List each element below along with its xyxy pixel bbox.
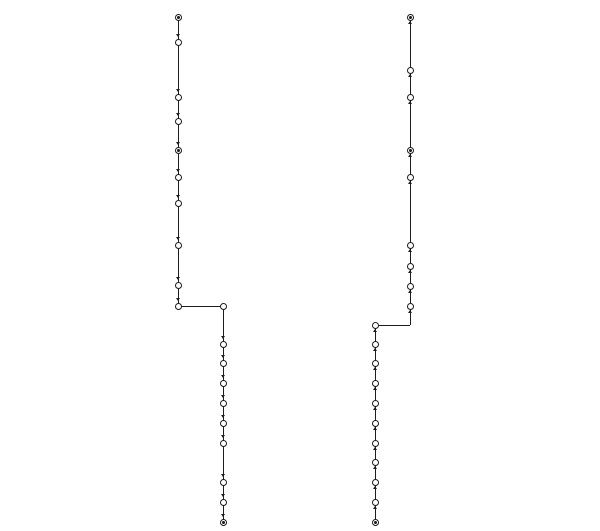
station-stop-marker	[407, 67, 414, 74]
terminal-inner-dot	[177, 16, 180, 19]
direction-arrow-down	[176, 169, 180, 172]
station-stop-marker	[372, 360, 379, 367]
station-label	[221, 437, 361, 449]
station-stop-marker	[372, 341, 379, 348]
outbound-line-segment	[178, 17, 179, 306]
station-stop-marker	[407, 174, 414, 181]
station-stop-marker	[175, 282, 182, 289]
station-label	[422, 260, 592, 272]
station-label	[422, 144, 592, 156]
station-label	[422, 64, 592, 76]
station-label	[221, 319, 361, 331]
direction-arrow-down	[176, 237, 180, 240]
direction-arrow-up	[373, 367, 377, 370]
station-stop-marker	[372, 322, 379, 329]
direction-arrow-up	[408, 74, 412, 77]
direction-arrow-down	[176, 298, 180, 301]
direction-arrow-up	[373, 466, 377, 469]
station-stop-marker	[407, 94, 414, 101]
station-label	[0, 197, 170, 209]
direction-arrow-up	[373, 387, 377, 390]
direction-arrow-down	[176, 142, 180, 145]
station-label	[221, 496, 361, 508]
direction-arrow-up	[373, 447, 377, 450]
direction-arrow-down	[176, 277, 180, 280]
direction-arrow-up	[408, 290, 412, 293]
route-diagram	[0, 0, 600, 531]
station-stop-marker	[372, 459, 379, 466]
terminal-inner-dot	[409, 149, 412, 152]
station-stop-marker	[407, 242, 414, 249]
station-label	[221, 476, 361, 488]
station-stop-marker	[175, 242, 182, 249]
terminal-stop-marker	[407, 14, 414, 21]
direction-arrow-down	[176, 195, 180, 198]
station-label	[221, 338, 361, 350]
station-stop-marker	[175, 39, 182, 46]
direction-arrow-down	[176, 34, 180, 37]
station-stop-marker	[372, 420, 379, 427]
terminal-stop-marker	[175, 147, 182, 154]
station-label	[0, 279, 170, 291]
station-stop-marker	[407, 283, 414, 290]
station-stop-marker	[175, 94, 182, 101]
direction-arrow-up	[373, 486, 377, 489]
station-label	[0, 300, 170, 312]
direction-arrow-up	[373, 407, 377, 410]
terminal-stop-marker	[407, 147, 414, 154]
direction-arrow-up	[408, 21, 412, 24]
direction-arrow-up	[373, 348, 377, 351]
station-label	[422, 91, 592, 103]
station-stop-marker	[372, 380, 379, 387]
station-label	[221, 417, 361, 429]
direction-arrow-down	[176, 89, 180, 92]
station-stop-marker	[372, 499, 379, 506]
station-label	[0, 115, 170, 127]
station-label	[422, 300, 592, 312]
station-label	[0, 11, 170, 23]
inbound-line-segment	[410, 17, 411, 325]
station-label	[221, 397, 361, 409]
station-stop-marker	[407, 263, 414, 270]
station-label	[221, 456, 361, 468]
direction-arrow-up	[408, 101, 412, 104]
station-stop-marker	[175, 118, 182, 125]
direction-arrow-up	[373, 329, 377, 332]
direction-arrow-down	[176, 113, 180, 116]
direction-arrow-up	[408, 181, 412, 184]
direction-arrow-up	[373, 506, 377, 509]
station-label	[221, 377, 361, 389]
terminal-inner-dot	[409, 16, 412, 19]
station-label	[221, 516, 361, 528]
terminal-inner-dot	[177, 149, 180, 152]
station-label	[0, 144, 170, 156]
station-stop-marker	[372, 479, 379, 486]
station-stop-marker	[175, 303, 182, 310]
direction-arrow-up	[408, 310, 412, 313]
station-stop-marker	[175, 174, 182, 181]
direction-arrow-up	[373, 427, 377, 430]
station-label	[221, 357, 361, 369]
outbound-line-segment	[178, 306, 223, 307]
direction-arrow-up	[408, 249, 412, 252]
station-stop-marker	[372, 440, 379, 447]
station-label	[221, 300, 361, 312]
station-label	[0, 171, 170, 183]
station-label	[0, 239, 170, 251]
station-label	[0, 36, 170, 48]
station-label	[422, 171, 592, 183]
terminal-stop-marker	[175, 14, 182, 21]
station-label	[422, 11, 592, 23]
station-label	[422, 280, 592, 292]
direction-arrow-up	[408, 270, 412, 273]
station-stop-marker	[407, 303, 414, 310]
direction-arrow-up	[408, 154, 412, 157]
station-label	[422, 239, 592, 251]
station-stop-marker	[372, 400, 379, 407]
terminal-stop-marker	[372, 519, 379, 526]
station-stop-marker	[175, 200, 182, 207]
inbound-line-segment	[375, 325, 410, 326]
terminal-inner-dot	[374, 521, 377, 524]
station-label	[0, 91, 170, 103]
